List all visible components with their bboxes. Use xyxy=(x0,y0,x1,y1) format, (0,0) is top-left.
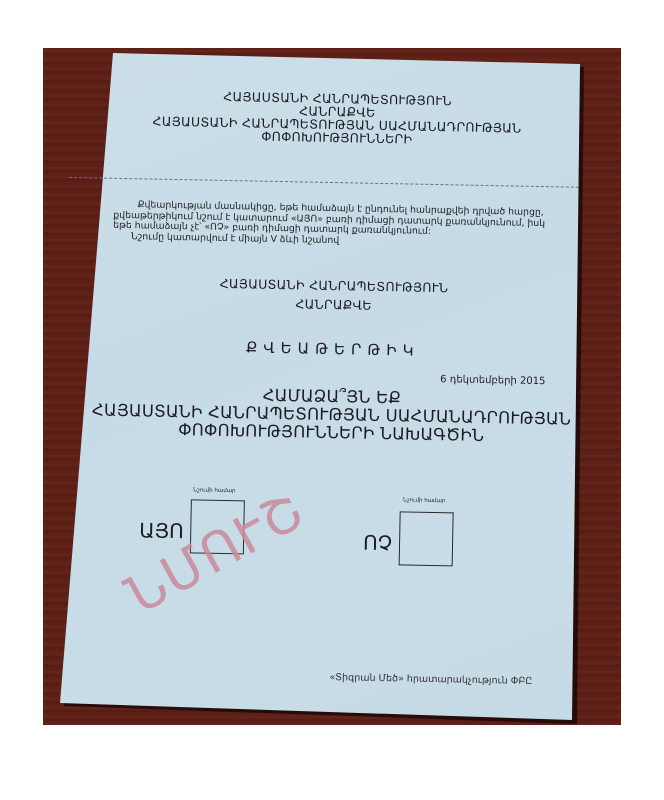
ballot-date: 6 դեկտեմբերի 2015 xyxy=(440,374,545,387)
yes-box-caption: Նշումի համար xyxy=(193,487,236,494)
voting-instructions: Քվեարկության մասնակիցը, եթե համաձայն է ը… xyxy=(113,200,584,251)
country-name: ՀԱՅԱՍՏԱՆԻ ՀԱՆՐԱՊԵՏՈՒԹՅՈՒՆ ՀԱՆՐԱՔՎԵ xyxy=(2,270,664,321)
ballot-title: ՔՎԵԱԹԵՐԹԻԿ xyxy=(1,334,664,365)
header: ՀԱՅԱՍՏԱՆԻ ՀԱՆՐԱՊԵՏՈՒԹՅՈՒՆ ՀԱՆՐԱՔՎԵ ՀԱՅԱՍ… xyxy=(5,86,664,151)
ballot-content: ՀԱՅԱՍՏԱՆԻ ՀԱՆՐԱՊԵՏՈՒԹՅՈՒՆ ՀԱՆՐԱՔՎԵ ՀԱՅԱՍ… xyxy=(0,0,664,800)
tear-off-dashed-line xyxy=(69,177,579,188)
referendum-question: ՀԱՄԱՁԱ՞ՅՆ ԵՔ ՀԱՅԱՍՏԱՆԻ ՀԱՆՐԱՊԵՏՈՒԹՅԱՆ ՍԱ… xyxy=(0,382,664,449)
no-checkbox[interactable] xyxy=(399,511,454,566)
publisher-credit: «Տիգրան Մեծ» հրատարակչություն ՓԲԸ xyxy=(329,672,532,687)
no-box-caption: Նշումի համար xyxy=(403,497,446,504)
no-option-label: ՈՉ xyxy=(363,531,392,556)
